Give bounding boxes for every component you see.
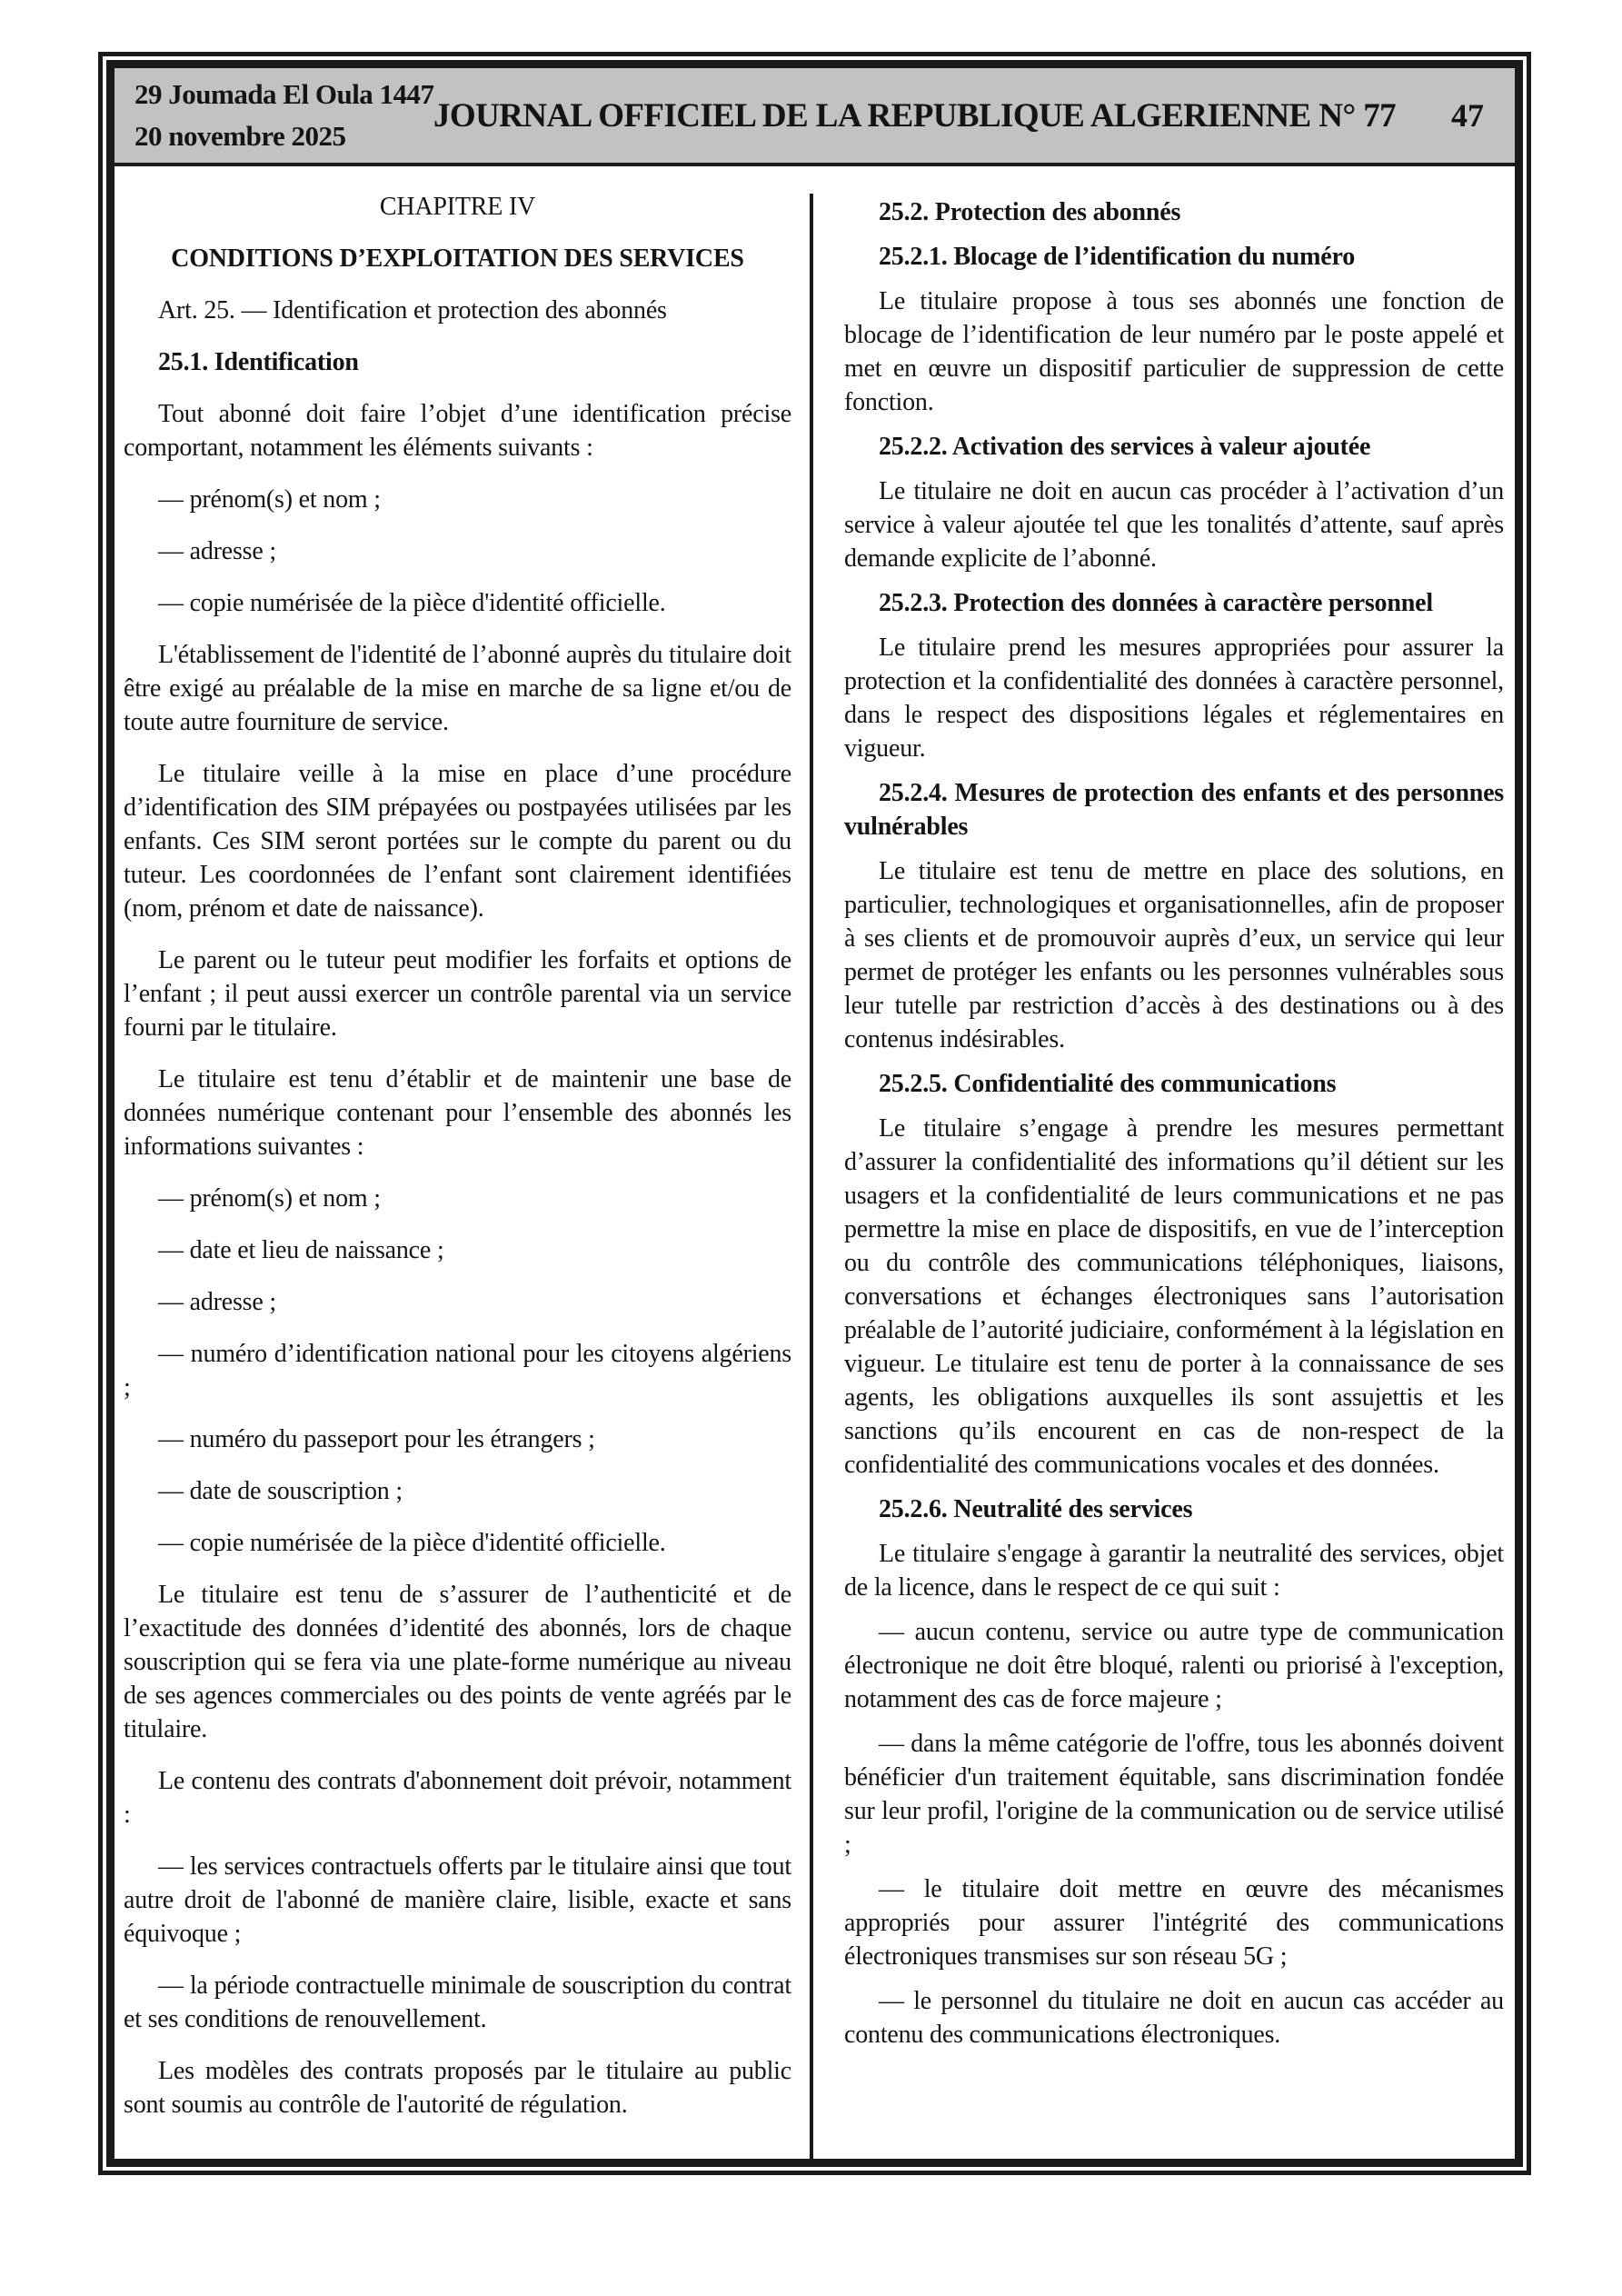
paragraph: Le titulaire est tenu de mettre en place… xyxy=(844,854,1504,1056)
paragraph: Le titulaire s’engage à prendre les mesu… xyxy=(844,1112,1504,1482)
list-item: — date et lieu de naissance ; xyxy=(124,1233,791,1267)
journal-title: JOURNAL OFFICIEL DE LA REPUBLIQUE ALGERI… xyxy=(423,96,1406,135)
section-heading: 25.2.3. Protection des données à caractè… xyxy=(844,586,1504,620)
paragraph: Les modèles des contrats proposés par le… xyxy=(124,2054,791,2121)
paragraph: Le titulaire s'engage à garantir la neut… xyxy=(844,1537,1504,1604)
section-heading: 25.2. Protection des abonnés xyxy=(844,195,1504,229)
page-number: 47 xyxy=(1406,96,1515,135)
chapter-title: CONDITIONS D’EXPLOITATION DES SERVICES xyxy=(124,242,791,275)
paragraph: Le titulaire ne doit en aucun cas procéd… xyxy=(844,474,1504,575)
list-item: — aucun contenu, service ou autre type d… xyxy=(844,1615,1504,1716)
section-heading: 25.2.1. Blocage de l’identification du n… xyxy=(844,240,1504,274)
left-column: CHAPITRE IVCONDITIONS D’EXPLOITATION DES… xyxy=(114,166,810,2159)
list-item: — la période contractuelle minimale de s… xyxy=(124,1969,791,2036)
paragraph: Le titulaire veille à la mise en place d… xyxy=(124,757,791,925)
paragraph: Le titulaire est tenu de s’assurer de l’… xyxy=(124,1578,791,1746)
list-item: — copie numérisée de la pièce d'identité… xyxy=(124,586,791,620)
page-outer-frame: 29 Joumada El Oula 1447 20 novembre 2025… xyxy=(98,52,1531,2175)
list-item: — adresse ; xyxy=(124,1285,791,1319)
page-inner-frame: 29 Joumada El Oula 1447 20 novembre 2025… xyxy=(106,60,1523,2167)
list-item: — prénom(s) et nom ; xyxy=(124,1182,791,1215)
hijri-date: 29 Joumada El Oula 1447 xyxy=(134,74,423,116)
list-item: — prénom(s) et nom ; xyxy=(124,483,791,516)
header-dates: 29 Joumada El Oula 1447 20 novembre 2025 xyxy=(114,74,423,158)
list-item: — numéro d’identification national pour … xyxy=(124,1337,791,1404)
list-item: — le titulaire doit mettre en œuvre des … xyxy=(844,1872,1504,1973)
list-item: — dans la même catégorie de l'offre, tou… xyxy=(844,1727,1504,1862)
two-column-body: CHAPITRE IVCONDITIONS D’EXPLOITATION DES… xyxy=(114,166,1515,2159)
list-item: — le personnel du titulaire ne doit en a… xyxy=(844,1984,1504,2051)
page-header: 29 Joumada El Oula 1447 20 novembre 2025… xyxy=(114,68,1515,166)
list-item: — adresse ; xyxy=(124,534,791,568)
right-column: 25.2. Protection des abonnés25.2.1. Bloc… xyxy=(813,166,1515,2159)
section-heading: 25.2.5. Confidentialité des communicatio… xyxy=(844,1067,1504,1101)
paragraph: Le contenu des contrats d'abonnement doi… xyxy=(124,1764,791,1832)
chapter-heading: CHAPITRE IV xyxy=(124,190,791,224)
paragraph: Le titulaire propose à tous ses abonnés … xyxy=(844,285,1504,419)
paragraph: Le titulaire prend les mesures approprié… xyxy=(844,631,1504,765)
list-item: — copie numérisée de la pièce d'identité… xyxy=(124,1526,791,1560)
section-heading: 25.2.4. Mesures de protection des enfant… xyxy=(844,776,1504,844)
list-item: — numéro du passeport pour les étrangers… xyxy=(124,1423,791,1456)
section-heading: 25.2.2. Activation des services à valeur… xyxy=(844,430,1504,464)
section-heading: 25.2.6. Neutralité des services xyxy=(844,1492,1504,1526)
paragraph: Art. 25. — Identification et protection … xyxy=(124,294,791,327)
paragraph: Tout abonné doit faire l’objet d’une ide… xyxy=(124,397,791,464)
gregorian-date: 20 novembre 2025 xyxy=(134,115,423,158)
gazette-page: 29 Joumada El Oula 1447 20 novembre 2025… xyxy=(0,0,1622,2296)
list-item: — les services contractuels offerts par … xyxy=(124,1850,791,1951)
list-item: — date de souscription ; xyxy=(124,1474,791,1508)
paragraph: Le parent ou le tuteur peut modifier les… xyxy=(124,943,791,1044)
paragraph: Le titulaire est tenu d’établir et de ma… xyxy=(124,1063,791,1163)
section-heading: 25.1. Identification xyxy=(124,345,791,379)
paragraph: L'établissement de l'identité de l’abonn… xyxy=(124,638,791,739)
